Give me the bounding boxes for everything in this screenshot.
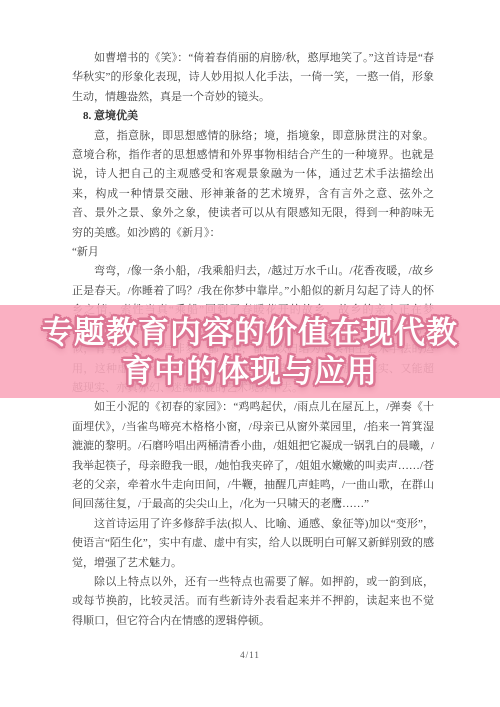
document-paragraph: 这首诗运用了许多修辞手法(拟人、比喻、通感、象征等)加以“变形”，使语言“陌生化… bbox=[72, 515, 434, 573]
document-paragraph: 意，指意脉，即思想感情的脉络；境，指境象，即意脉贯注的对象。意境合称，指作者的思… bbox=[72, 127, 434, 243]
page-number: 4/11 bbox=[0, 650, 500, 660]
overlay-title-line-1: 专题教育内容的价值在现代教 bbox=[42, 313, 458, 352]
document-paragraph: 如王小泥的《初春的家园》：“鸡鸣起伏，/雨点儿在屋瓦上，/弹奏《十面埋伏》，/当… bbox=[72, 398, 434, 514]
document-paragraph: 除以上特点以外，还有一些特点也需要了解。如押韵，或一韵到底，或每节换韵，比较灵活… bbox=[72, 573, 434, 631]
document-page: 如曹增书的《笑》：“倚着春俏丽的肩膀/秋，憨厚地笑了。”这首诗是“春华秋实”的形… bbox=[0, 0, 500, 707]
document-paragraph: “新月 bbox=[72, 243, 434, 262]
document-paragraph: 8. 意境优美 bbox=[72, 107, 434, 126]
overlay-title-line-2: 育中的体现与应用 bbox=[122, 352, 378, 391]
title-overlay-band: 专题教育内容的价值在现代教 育中的体现与应用 bbox=[0, 305, 500, 398]
document-paragraph: 如曹增书的《笑》：“倚着春俏丽的肩膀/秋，憨厚地笑了。”这首诗是“春华秋实”的形… bbox=[72, 49, 434, 107]
